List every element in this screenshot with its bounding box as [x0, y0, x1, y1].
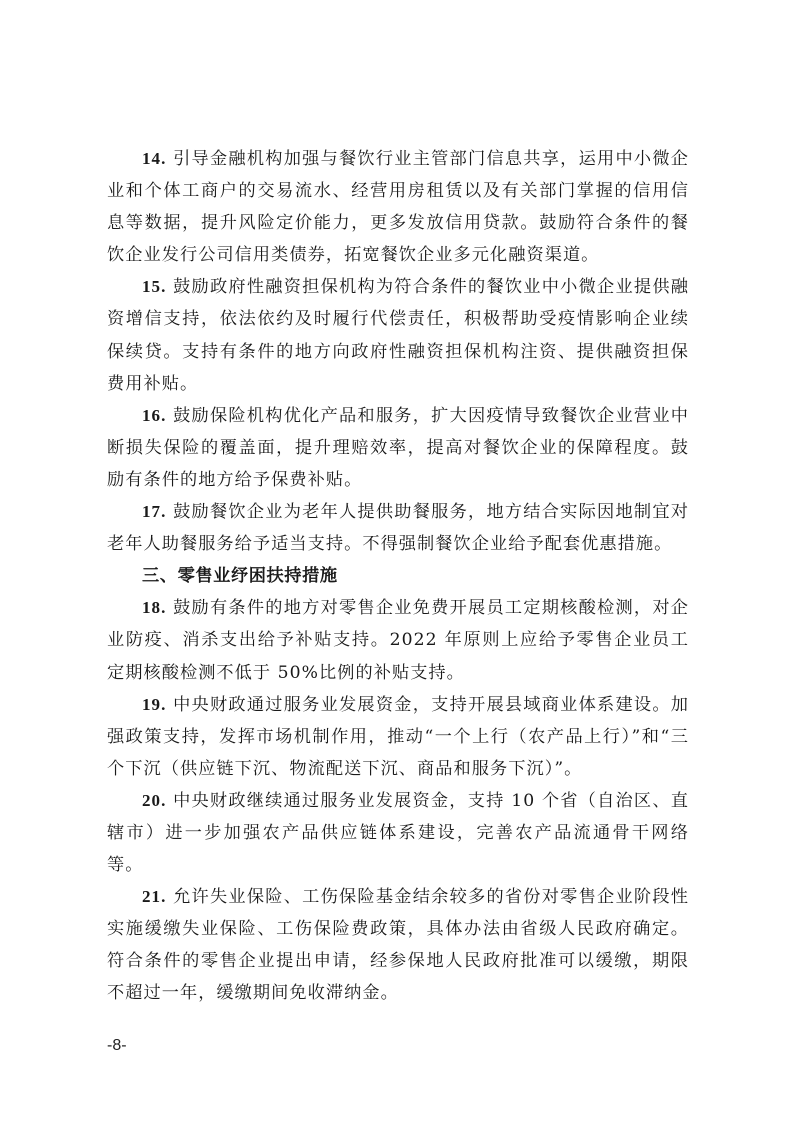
paragraph-15: 15. 鼓励政府性融资担保机构为符合条件的餐饮业中小微企业提供融资增信支持，依法…	[107, 271, 689, 399]
paragraph-20: 20. 中央财政继续通过服务业发展资金，支持 10 个省（自治区、直辖市）进一步…	[107, 785, 689, 881]
paragraph-19: 19. 中央财政通过服务业发展资金，支持开展县域商业体系建设。加强政策支持，发挥…	[107, 689, 689, 785]
page-number: -8-	[107, 1037, 127, 1055]
paragraph-17: 17. 鼓励餐饮企业为老年人提供助餐服务，地方结合实际因地制宜对老年人助餐服务给…	[107, 496, 689, 560]
document-body: 14. 引导金融机构加强与餐饮行业主管部门信息共享，运用中小微企业和个体工商户的…	[107, 143, 689, 1010]
paragraph-21: 21. 允许失业保险、工伤保险基金结余较多的省份对零售企业阶段性实施缓缴失业保险…	[107, 881, 689, 1009]
section-heading: 三、零售业纾困扶持措施	[107, 560, 689, 592]
paragraph-16: 16. 鼓励保险机构优化产品和服务，扩大因疫情导致餐饮企业营业中断损失保险的覆盖…	[107, 400, 689, 496]
paragraph-14: 14. 引导金融机构加强与餐饮行业主管部门信息共享，运用中小微企业和个体工商户的…	[107, 143, 689, 271]
paragraph-18: 18. 鼓励有条件的地方对零售企业免费开展员工定期核酸检测，对企业防疫、消杀支出…	[107, 592, 689, 688]
